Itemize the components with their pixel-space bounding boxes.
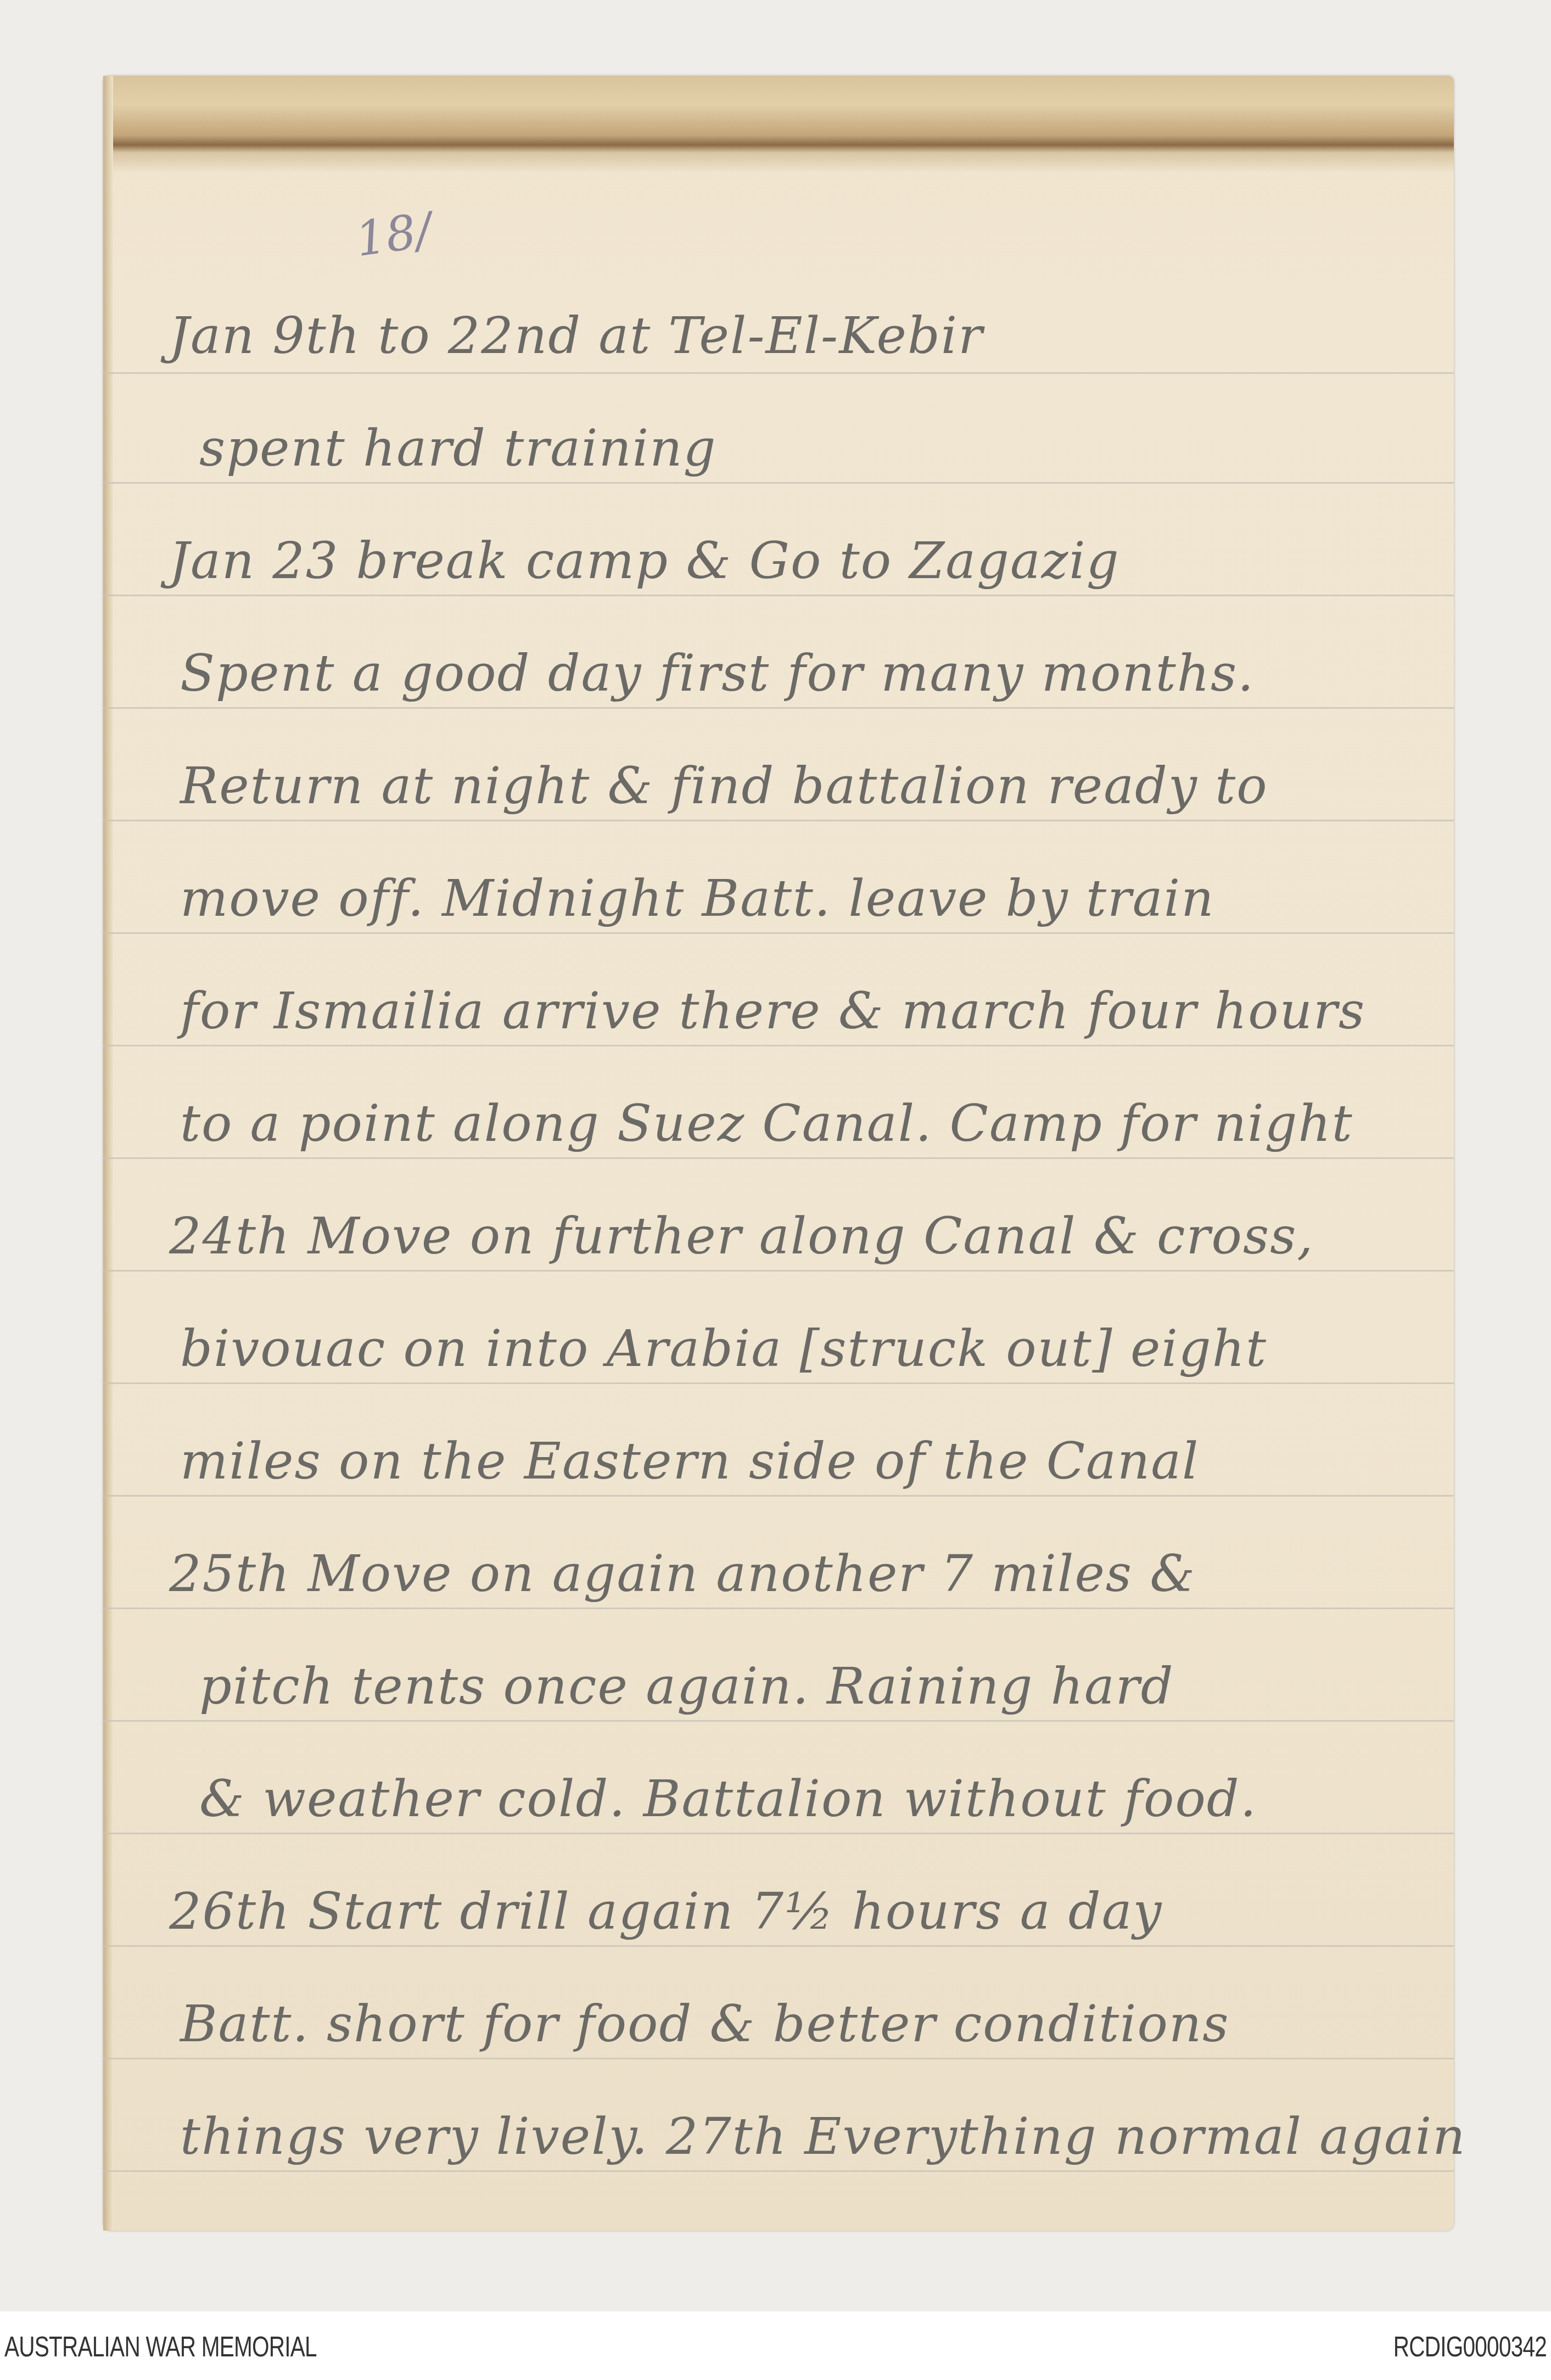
diary-page: 18/ Jan 9th to 22nd at Tel-El-Kebir spen… <box>103 76 1454 2231</box>
ruled-line <box>103 1270 1454 1272</box>
diary-line-11: miles on the Eastern side of the Canal <box>103 1432 1531 1491</box>
ruled-line <box>103 2058 1454 2059</box>
ruled-line <box>103 482 1454 484</box>
ruled-line <box>103 1157 1454 1159</box>
diary-line-17: things very lively. 27th Everything norm… <box>103 2107 1531 2166</box>
ruled-line <box>103 1495 1454 1497</box>
diary-line-13: pitch tents once again. Raining hard <box>103 1657 1550 1716</box>
ruled-line <box>103 1045 1454 1046</box>
diary-line-10: bivouac on into Arabia [struck out] eigh… <box>103 1319 1531 1378</box>
ruled-line <box>103 372 1454 374</box>
diary-line-14: & weather cold. Battalion without food. <box>103 1769 1550 1828</box>
folio-number: 18/ <box>352 203 435 267</box>
diary-line-2: spent hard training <box>103 419 1550 478</box>
record-id-caption: RCDIG0000342 <box>1393 2331 1547 2364</box>
ruled-line <box>103 1608 1454 1609</box>
ruled-line <box>103 707 1454 709</box>
diary-line-1: Jan 9th to 22nd at Tel-El-Kebir <box>103 306 1520 365</box>
diary-line-7: for Ismailia arrive there & march four h… <box>103 982 1531 1040</box>
ruled-line <box>103 2170 1454 2172</box>
ruled-line <box>103 1945 1454 1947</box>
diary-line-9: 24th Move on further along Canal & cross… <box>103 1207 1520 1265</box>
diary-line-16: Batt. short for food & better conditions <box>103 1995 1531 2053</box>
diary-line-15: 26th Start drill again 7½ hours a day <box>103 1882 1520 1941</box>
diary-line-8: to a point along Suez Canal. Camp for ni… <box>103 1094 1531 1153</box>
ruled-line <box>103 1720 1454 1722</box>
ruled-line <box>103 1382 1454 1384</box>
diary-line-3: Jan 23 break camp & Go to Zagazig <box>103 531 1520 590</box>
ruled-line <box>103 595 1454 596</box>
diary-line-6: move off. Midnight Batt. leave by train <box>103 869 1531 928</box>
diary-line-4: Spent a good day first for many months. <box>103 644 1531 703</box>
institution-caption: AUSTRALIAN WAR MEMORIAL <box>4 2331 317 2364</box>
diary-line-5: Return at night & find battalion ready t… <box>103 757 1531 815</box>
diary-line-12: 25th Move on again another 7 miles & <box>103 1544 1520 1603</box>
ruled-line <box>103 1833 1454 1834</box>
ruled-line <box>103 820 1454 821</box>
ruled-line <box>103 932 1454 934</box>
worn-top-edge <box>103 76 1454 172</box>
